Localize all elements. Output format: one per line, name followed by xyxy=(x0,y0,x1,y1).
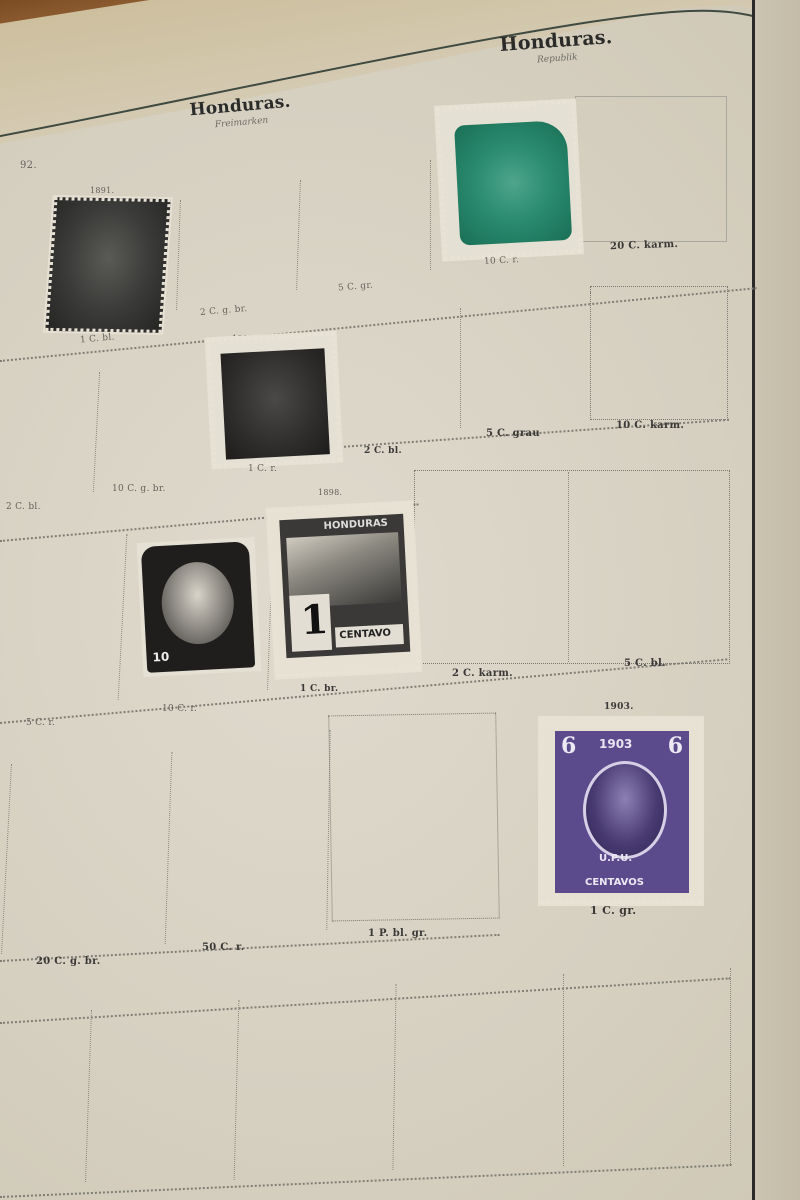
stamp-slot-group xyxy=(414,470,730,664)
stamp-1898-1c-train[interactable]: HONDURAS 1 CENTAVO xyxy=(268,502,421,677)
slot-label: 10 C. karm. xyxy=(616,420,684,431)
divider xyxy=(430,160,431,270)
slot-label: 10 C. r. xyxy=(162,704,197,714)
slot-label: 2 C. bl. xyxy=(364,446,402,456)
stamp-slot xyxy=(328,713,500,922)
stamp-slot xyxy=(575,96,727,242)
stamp-value-left: 6 xyxy=(561,733,576,759)
slot-label: 2 C. karm. xyxy=(452,668,513,679)
slot-label: 20 C. g. br. xyxy=(36,956,101,967)
stamp-value-right: 6 xyxy=(668,733,683,759)
row-year-1891: 1891. xyxy=(90,186,114,195)
divider xyxy=(730,968,731,1166)
stamp-value-word: CENTAVOS xyxy=(585,877,644,888)
stamp-upu: U.P.U. xyxy=(599,853,632,864)
portrait-oval xyxy=(160,560,236,646)
stamp-slot xyxy=(590,286,728,420)
right-margin xyxy=(755,0,800,1200)
divider xyxy=(460,308,461,428)
slot-label: 1 C. r. xyxy=(248,464,277,474)
stamp-1898-10c-portrait[interactable]: 10 xyxy=(137,537,262,677)
stamp-image-globe xyxy=(454,120,572,246)
stamp-1891-10c-green[interactable] xyxy=(436,100,582,259)
value-word-box: CENTAVO xyxy=(335,624,404,648)
stamp-value-word: CENTAVO xyxy=(339,628,391,642)
slot-label: 5 C. r. xyxy=(26,718,55,728)
stamp-1896-1c[interactable] xyxy=(207,333,342,468)
slot-label: 1 C. br. xyxy=(300,684,338,694)
stamp-image xyxy=(221,348,330,459)
slot-label: 1 C. gr. xyxy=(590,904,636,917)
slot-label: 10 C. r. xyxy=(484,255,520,267)
stamp-value: 10 xyxy=(152,650,169,665)
slot-label: 10 C. g. br. xyxy=(112,484,166,494)
row-year-1898: 1898. xyxy=(318,488,342,497)
right-border-rule xyxy=(752,0,755,1200)
row-year: 92. xyxy=(20,160,37,171)
stamp-1903-6c-purple[interactable]: 6 6 1903 U.P.U. CENTAVOS xyxy=(540,718,702,904)
stamp-frame: 6 6 1903 U.P.U. CENTAVOS xyxy=(555,731,689,893)
slot-label: 2 C. bl. xyxy=(6,502,41,512)
stamp-frame: 10 xyxy=(141,541,255,672)
divider xyxy=(568,472,569,662)
stamp-country: HONDURAS xyxy=(323,518,388,532)
stamp-1891-1c[interactable] xyxy=(45,197,170,333)
slot-label: 5 C. bl. xyxy=(624,658,666,669)
slot-label: 50 C. r. xyxy=(202,942,244,953)
divider xyxy=(563,974,564,1166)
value-box: 1 xyxy=(289,594,332,652)
slot-label: 5 C. grau xyxy=(486,428,540,439)
row-year-1903: 1903. xyxy=(604,702,634,712)
portrait-oval xyxy=(583,761,667,859)
slot-label: 1 P. bl. gr. xyxy=(368,928,427,939)
stamp-value: 1 xyxy=(299,596,329,644)
stamp-frame: HONDURAS 1 CENTAVO xyxy=(279,514,410,658)
stamp-year: 1903 xyxy=(599,737,632,751)
